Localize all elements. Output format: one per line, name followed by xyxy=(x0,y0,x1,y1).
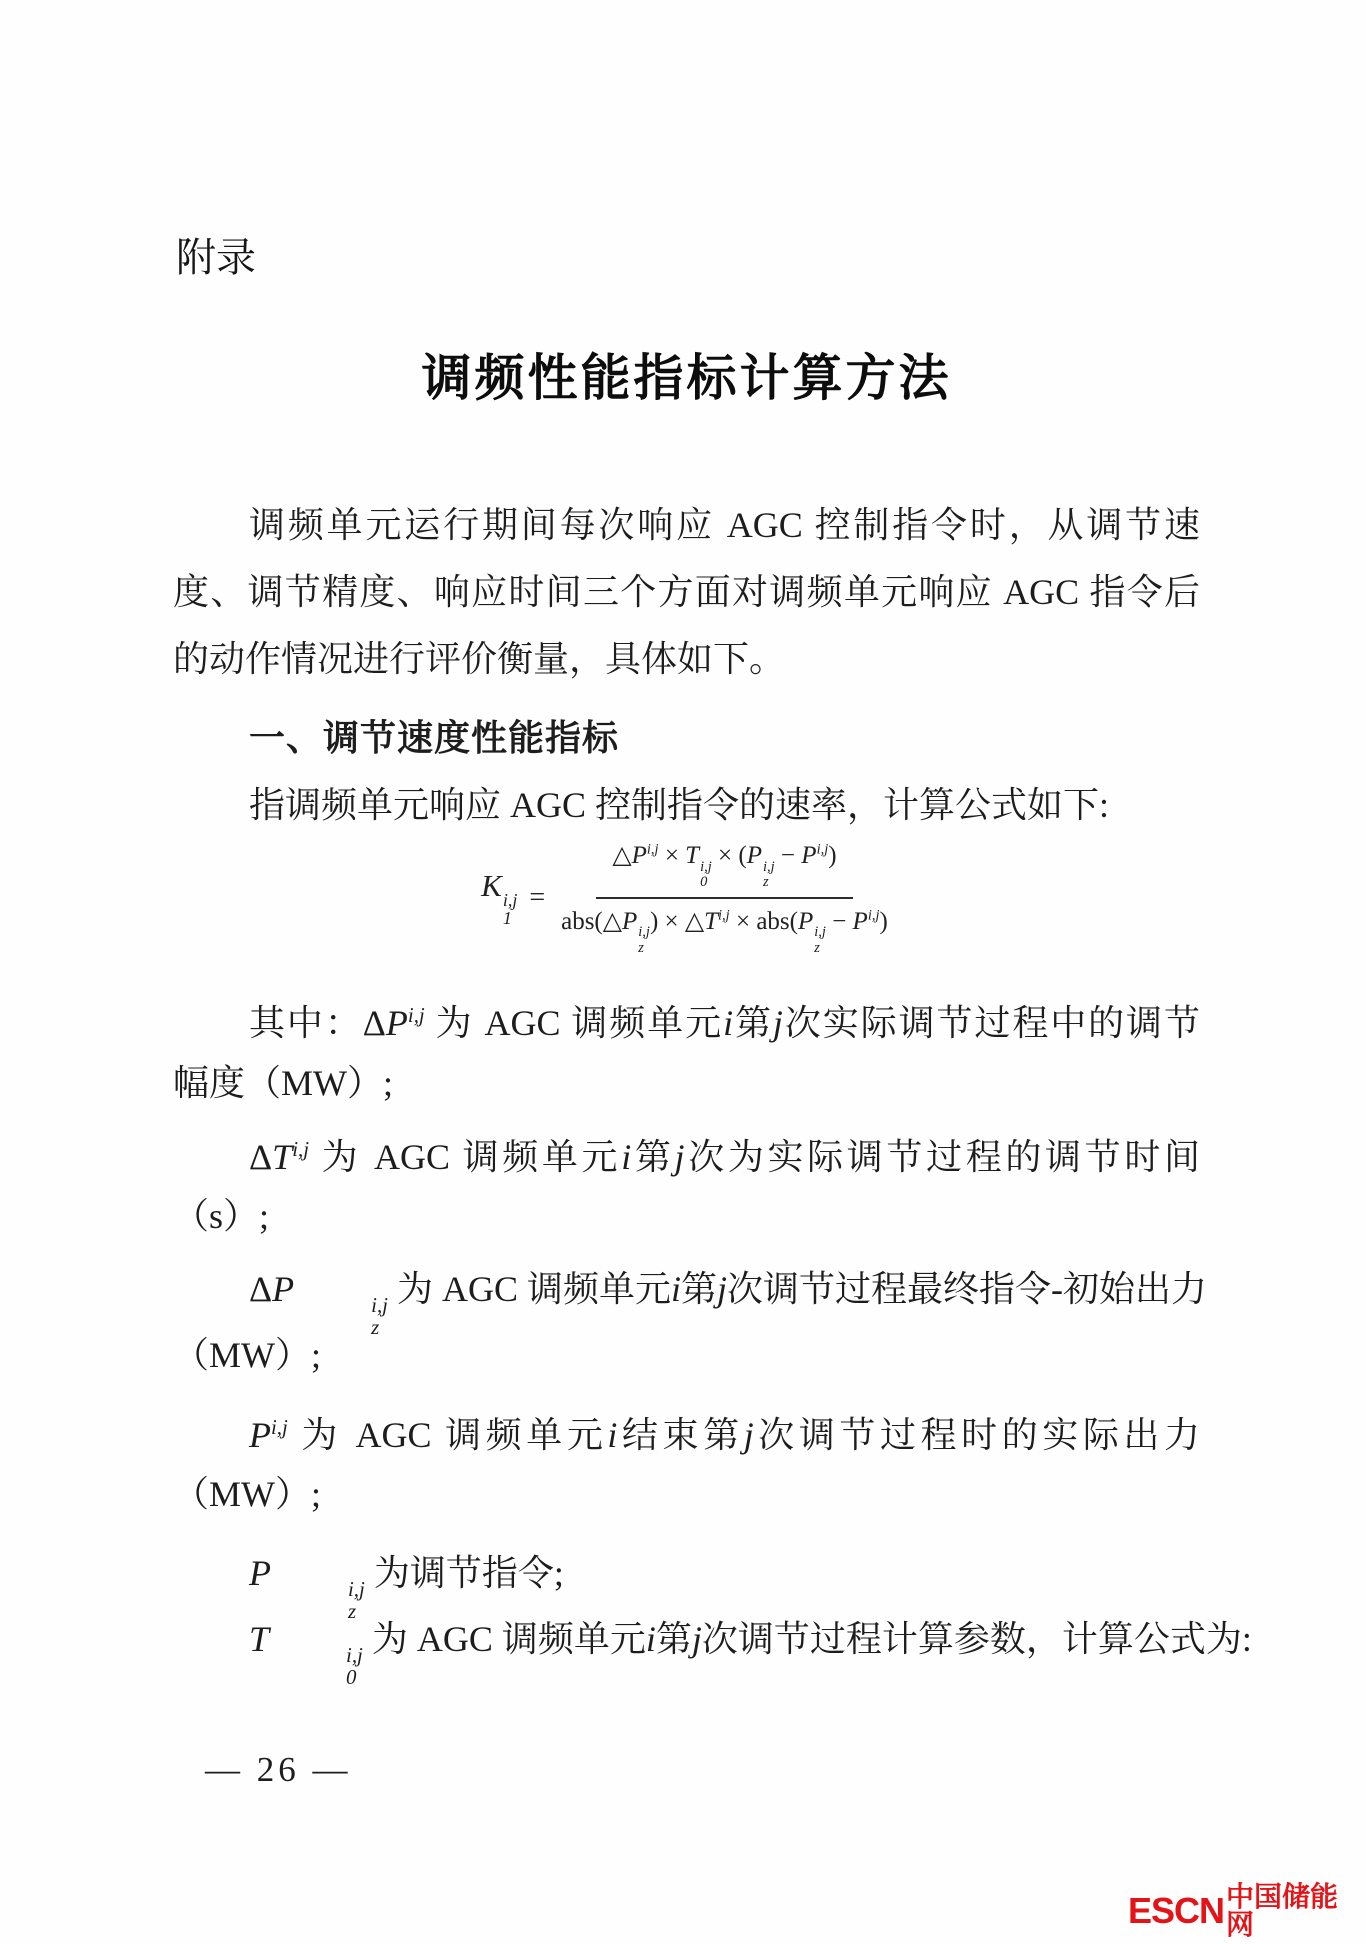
document-page: 附录 调频性能指标计算方法 调频单元运行期间每次响应 AGC 控制指令时，从调节… xyxy=(0,0,1366,1944)
body-line: （s）; xyxy=(173,1193,1200,1239)
watermark-escn-text: ESCN xyxy=(1128,1893,1224,1929)
formula-equals-sign: = xyxy=(529,882,545,914)
appendix-label: 附录 xyxy=(176,236,256,280)
formula-numerator: △Pi,j × Ti,j0 × (Pi,jz − Pi,j) xyxy=(596,840,852,898)
body-line: 调频单元运行期间每次响应 AGC 控制指令时，从调节速 xyxy=(173,502,1200,548)
body-line: ΔPi,jz 为 AGC 调频单元i第j次调节过程最终指令-初始出力 xyxy=(173,1266,1200,1339)
body-line: 的动作情况进行评价衡量，具体如下。 xyxy=(173,636,1200,682)
formula-denominator: abs(△Pi,jz) × △Ti,j × abs(Pi,jz − Pi,j) xyxy=(557,899,892,956)
body-line: ΔTi,j 为 AGC 调频单元i第j次为实际调节过程的调节时间 xyxy=(173,1126,1200,1180)
escn-watermark-logo: ESCN 中国储能网 xyxy=(1128,1883,1366,1939)
formula-fraction: △Pi,j × Ti,j0 × (Pi,jz − Pi,j) abs(△Pi,j… xyxy=(557,840,892,956)
section-heading-1: 一、调节速度性能指标 xyxy=(173,715,1200,761)
body-line: （MW）; xyxy=(173,1471,1200,1517)
body-line: Ti,j0 为 AGC 调频单元i第j次调节过程计算参数，计算公式为: xyxy=(173,1616,1200,1689)
body-line: 幅度（MW）; xyxy=(173,1060,1200,1106)
body-line: Pi,j 为 AGC 调频单元i结束第j次调节过程时的实际出力 xyxy=(173,1404,1200,1458)
formula-k1: Ki,j1 = △Pi,j × Ti,j0 × (Pi,jz − Pi,j) a… xyxy=(173,843,1200,953)
body-line: 其中：ΔPi,j 为 AGC 调频单元i第j次实际调节过程中的调节 xyxy=(173,992,1200,1046)
formula-lhs: Ki,j1 xyxy=(481,868,517,929)
body-line: 指调频单元响应 AGC 控制指令的速率，计算公式如下: xyxy=(173,782,1200,828)
body-line: （MW）; xyxy=(173,1332,1200,1378)
body-line: Pi,jz 为调节指令; xyxy=(173,1550,1200,1623)
watermark-cjk-text: 中国储能网 xyxy=(1226,1883,1366,1939)
body-line: 度、调节精度、响应时间三个方面对调频单元响应 AGC 指令后 xyxy=(173,569,1200,615)
document-title: 调频性能指标计算方法 xyxy=(173,350,1200,406)
page-number: — 26 — xyxy=(205,1750,352,1790)
